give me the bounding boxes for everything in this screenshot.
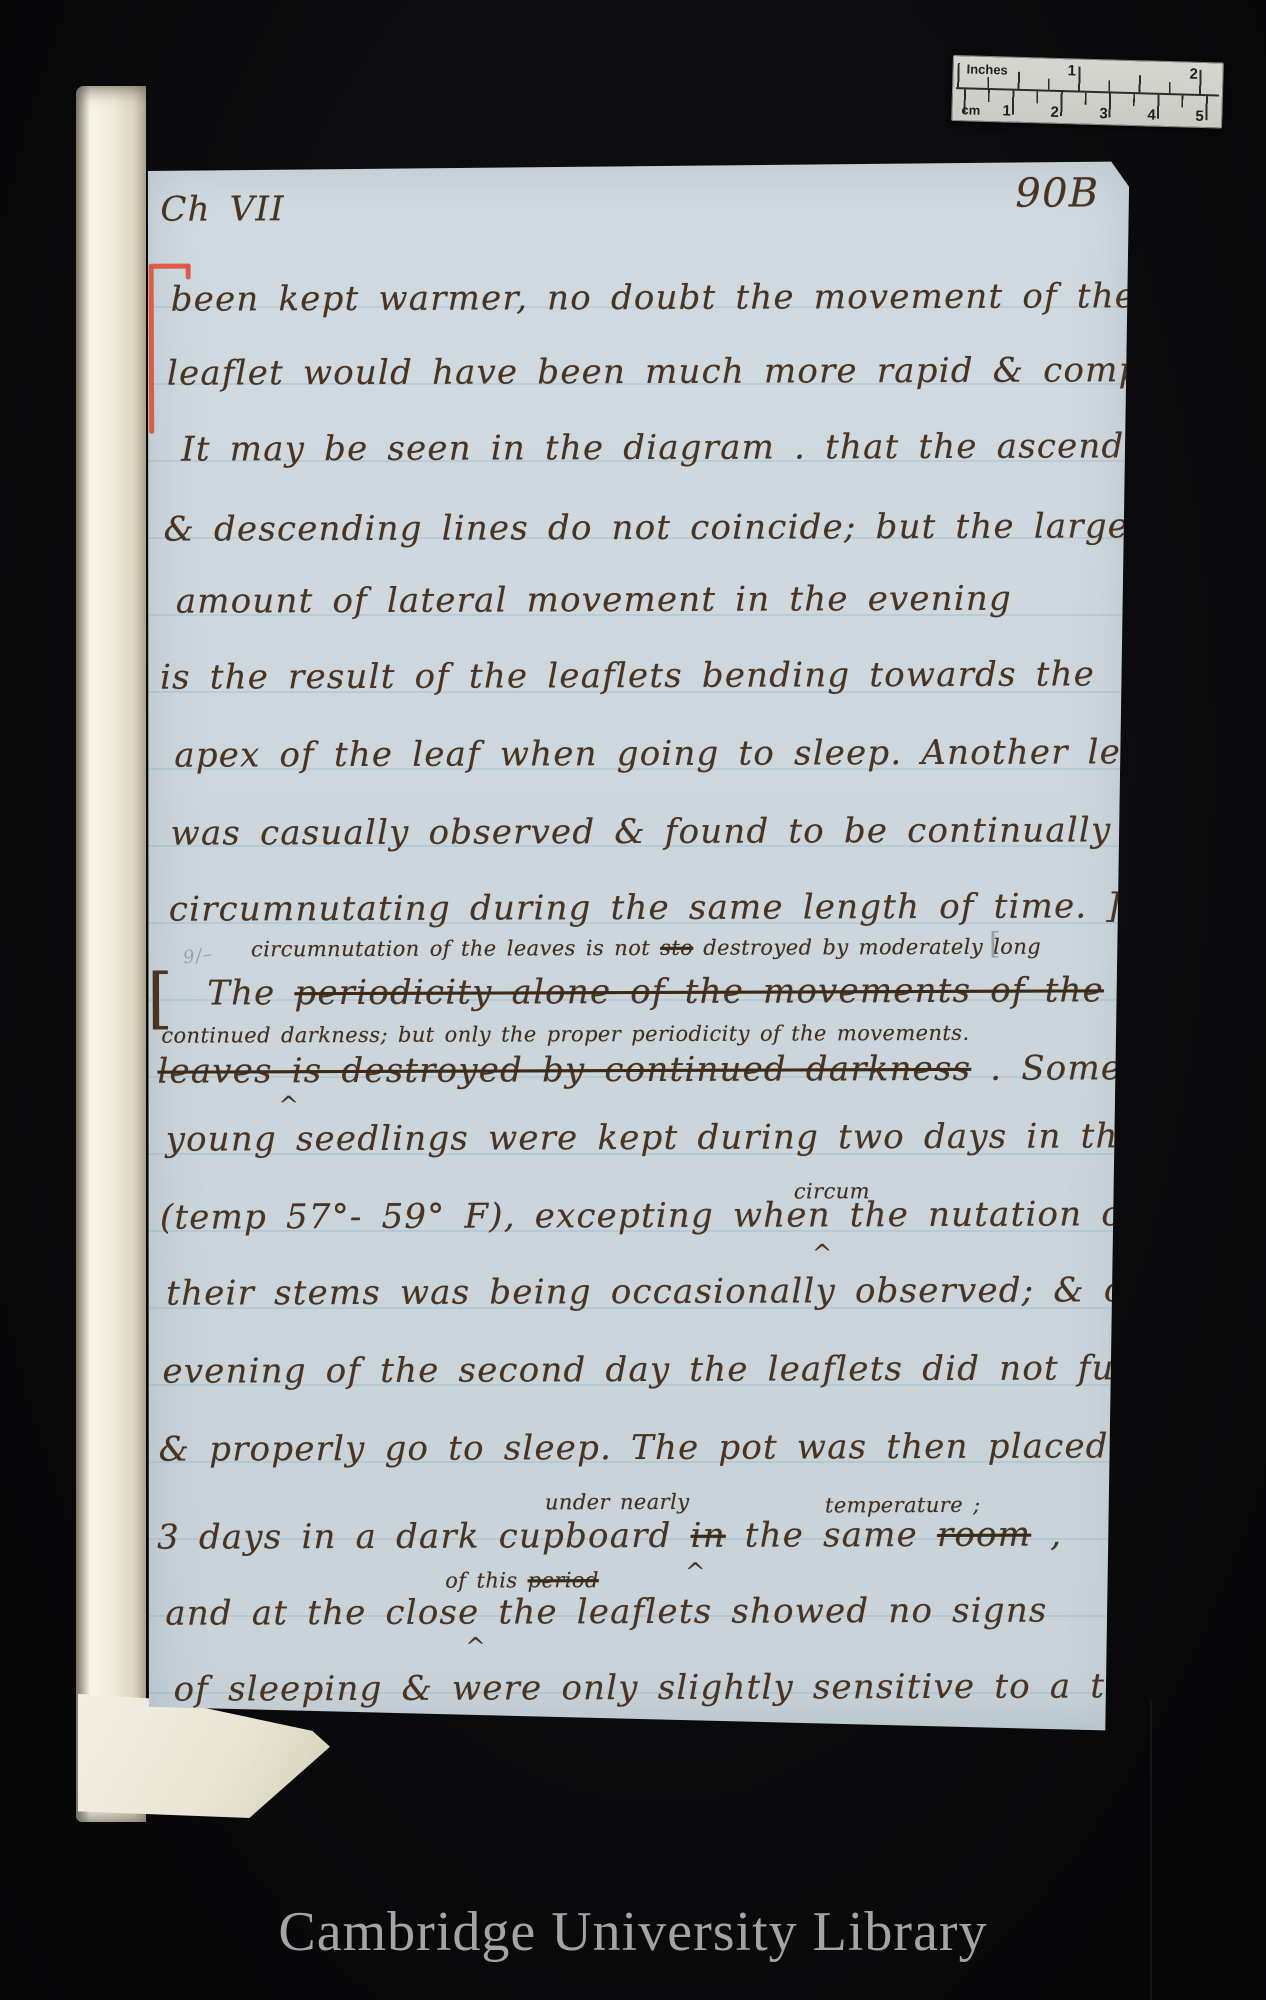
line-text: 3 days in a dark cupboard [157,1516,691,1558]
struck-text: period [528,1568,599,1592]
ink-bracket: ] [1106,886,1121,926]
caret-mark: ^ [465,1633,486,1661]
struck-text: in [691,1516,726,1556]
cm-number: 5 [1195,108,1204,125]
manuscript-line: & properly go to sleep. The pot was then… [159,1426,1181,1470]
photograph: Ch VII 90B been kept warmer, no doubt th… [0,0,1266,2000]
manuscript-line: was casually observed & found to be cont… [171,810,1112,853]
cm-number: 3 [1099,105,1108,122]
pencil-annotation: 9/– [182,943,215,968]
line-text: the same [726,1515,937,1556]
manuscript-line: The periodicity alone of the movements o… [207,970,1104,1013]
pencil-bracket: [ [989,927,1002,962]
line-text: of this [445,1568,528,1592]
cm-number: 1 [1002,102,1011,119]
struck-text: room [937,1515,1031,1555]
manuscript-line: leaves is destroyed by continued darknes… [157,1048,1221,1092]
struck-text: periodicity alone of the movements of th… [294,970,1104,1013]
line-text: The [207,973,294,1013]
interlined-insertion: temperature ; [825,1493,981,1518]
interlined-insertion: of this period [445,1568,599,1593]
manuscript-line: 3 days in a dark cupboard in the same ro… [157,1515,1062,1558]
manuscript-line: of sleeping & were only slightly sensiti… [174,1666,1206,1710]
manuscript-line: their stems was being occasionally obser… [166,1270,1227,1314]
struck-text: sto [660,936,693,960]
measurement-ruler: Inches 1 2 cm 1 2 3 4 5 [951,55,1224,129]
cm-label: cm [961,102,980,118]
struck-text: leaves is destroyed by continued darknes… [157,1049,971,1092]
manuscript-line: young seedlings were kept during two day… [166,1116,1243,1160]
caret-mark: ^ [279,1091,300,1119]
manuscript-line: circumnutating during the same length of… [169,886,1121,929]
red-margin-mark [186,264,191,280]
manuscript-line: leaflet would have been much more rapid … [167,350,1266,394]
manuscript-line: apex of the leaf when going to sleep. An… [174,732,1204,776]
red-margin-mark [149,264,191,269]
manuscript-line: It may be seen in the diagram . that the… [181,426,1182,469]
inch-number: 1 [1067,62,1076,79]
manuscript-page: Ch VII 90B been kept warmer, no doubt th… [143,160,1133,1732]
folio-number: 90B [1015,170,1099,216]
line-text: , [1031,1515,1062,1555]
manuscript-line: is the result of the leaflets bending to… [160,654,1095,697]
manuscript-line: been kept warmer, no doubt the movement … [171,276,1136,319]
library-watermark: Cambridge University Library [0,1900,1266,1964]
ruler-midline [956,87,1219,96]
interlined-insertion: under nearly [545,1490,690,1515]
red-margin-mark [149,266,155,434]
manuscript-line: & descending lines do not coincide; but … [163,506,1129,549]
inch-number: 2 [1189,66,1198,83]
cm-number: 2 [1050,104,1059,121]
line-text: circumnutation of the leaves is not [251,936,660,961]
caret-mark: ^ [812,1239,833,1267]
book-fore-edge [76,86,146,1822]
chapter-heading: Ch VII [160,189,284,229]
line-text: . Some very [971,1048,1221,1089]
caret-mark: ^ [685,1558,706,1586]
ink-layer: Ch VII 90B been kept warmer, no doubt th… [140,158,1135,1733]
cm-number: 4 [1147,106,1156,123]
inches-label: Inches [966,61,1008,77]
manuscript-interlined-line: continued darkness; but only the proper … [161,1021,969,1048]
manuscript-interlined-line: circumnutation of the leaves is not sto … [251,935,1041,962]
line-text: circumnutating during the same length of… [169,886,1088,929]
manuscript-line: evening of the second day the leaflets d… [162,1348,1159,1391]
manuscript-line: amount of lateral movement in the evenin… [176,579,1012,622]
manuscript-line: and at the close the leaflets showed no … [165,1591,1047,1634]
manuscript-line: (temp 57°- 59° F), excepting when the nu… [160,1194,1137,1237]
